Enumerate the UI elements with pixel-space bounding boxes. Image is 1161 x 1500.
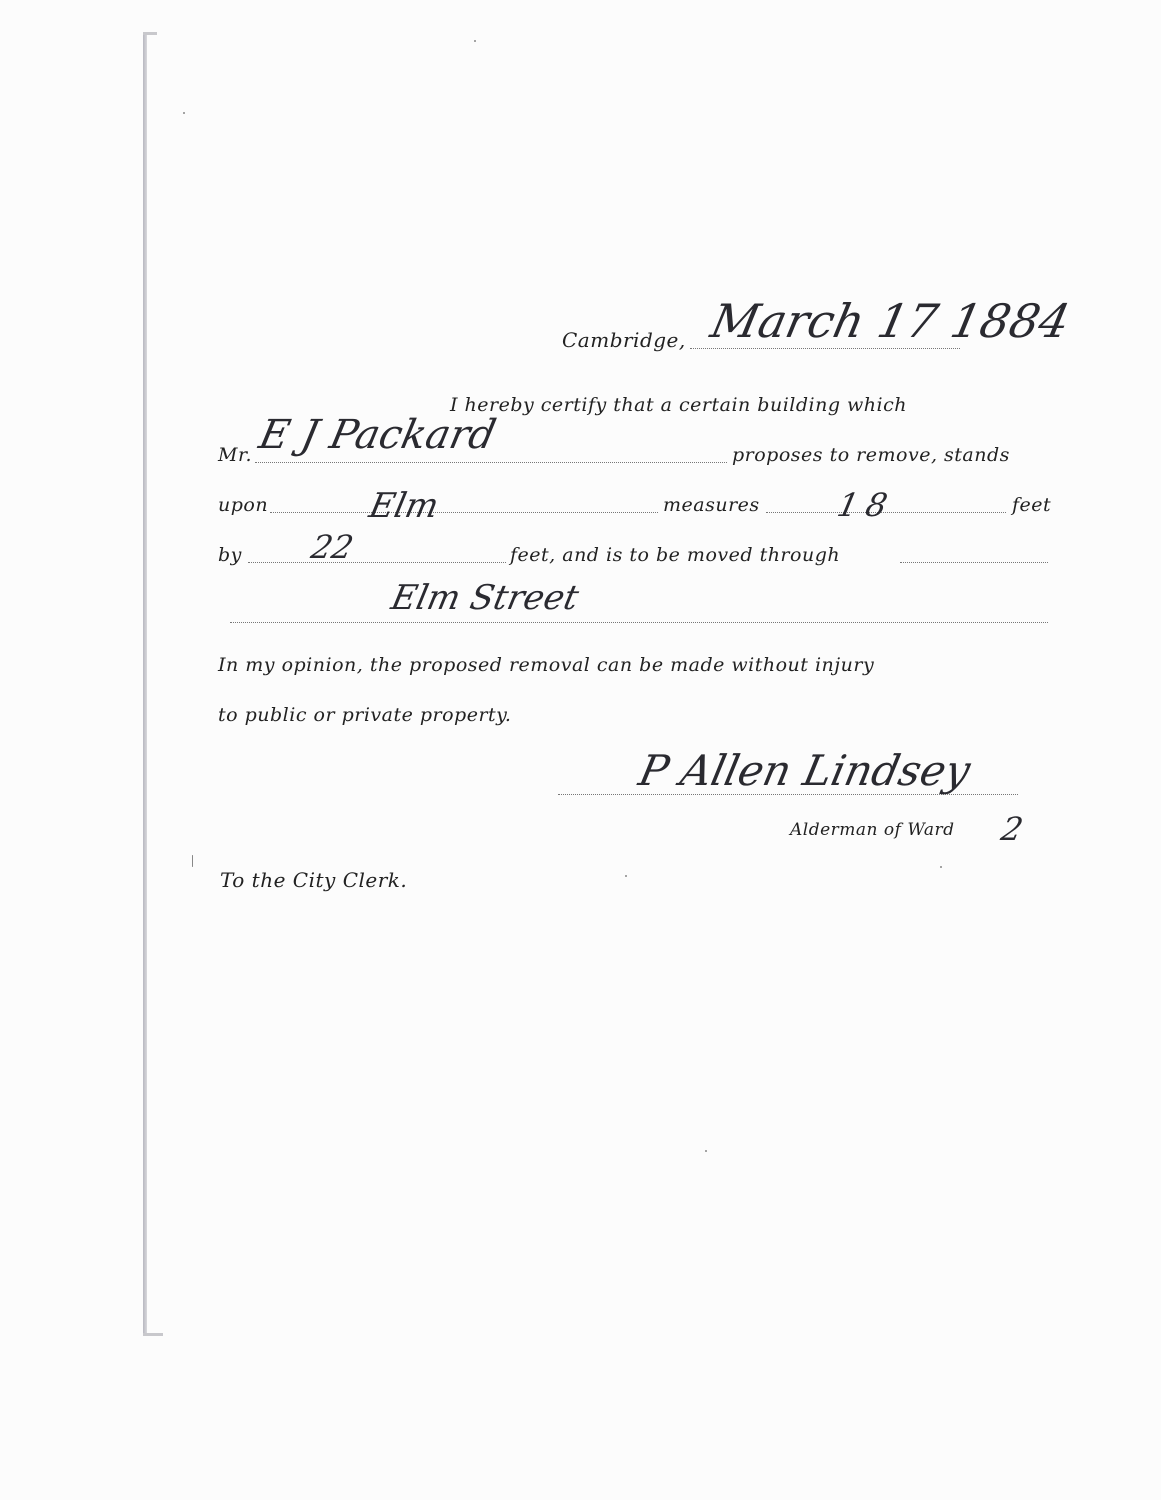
mr-label: Mr.: [218, 444, 252, 466]
certify-line: I hereby certify that a certain building…: [450, 394, 907, 416]
feet-label: feet: [1012, 494, 1051, 516]
proposes-label: proposes to remove, stands: [732, 444, 1010, 466]
street-handwritten: Elm: [366, 486, 442, 526]
moved-label: feet, and is to be moved through: [510, 544, 840, 566]
alderman-title: Alderman of Ward: [790, 820, 954, 840]
by-label: by: [218, 544, 242, 566]
opinion-line-2: to public or private property.: [218, 704, 511, 726]
width-dotted-line: [248, 562, 506, 563]
route-handwritten: Elm Street: [388, 578, 582, 618]
addressee: To the City Clerk.: [220, 868, 407, 892]
route-dotted-line-2: [230, 622, 1048, 623]
scan-speck: [183, 112, 185, 114]
measures-label: measures: [663, 494, 760, 516]
document-page: Cambridge, March 17 1884 I hereby certif…: [0, 0, 1161, 1500]
scan-speck: [625, 875, 627, 877]
width-handwritten: 22: [308, 528, 357, 566]
date-handwritten: March 17 1884: [706, 294, 1074, 348]
street-dotted-line: [270, 512, 658, 513]
date-dotted-line: [690, 348, 960, 349]
ward-handwritten: 2: [998, 810, 1026, 848]
scan-speck: [705, 1150, 707, 1152]
opinion-line-1: In my opinion, the proposed removal can …: [218, 654, 874, 676]
left-margin-rule: [143, 32, 147, 1336]
length-handwritten: 18: [834, 486, 899, 524]
upon-label: upon: [218, 494, 268, 516]
owner-dotted-line: [255, 462, 727, 463]
scan-speck: [474, 40, 476, 42]
scan-speck: [192, 855, 193, 867]
route-dotted-line-1: [900, 562, 1048, 563]
owner-handwritten: E J Packard: [255, 412, 500, 458]
signature-handwritten: P Allen Lindsey: [635, 746, 975, 795]
place-label: Cambridge,: [562, 328, 686, 352]
scan-speck: [940, 866, 942, 868]
